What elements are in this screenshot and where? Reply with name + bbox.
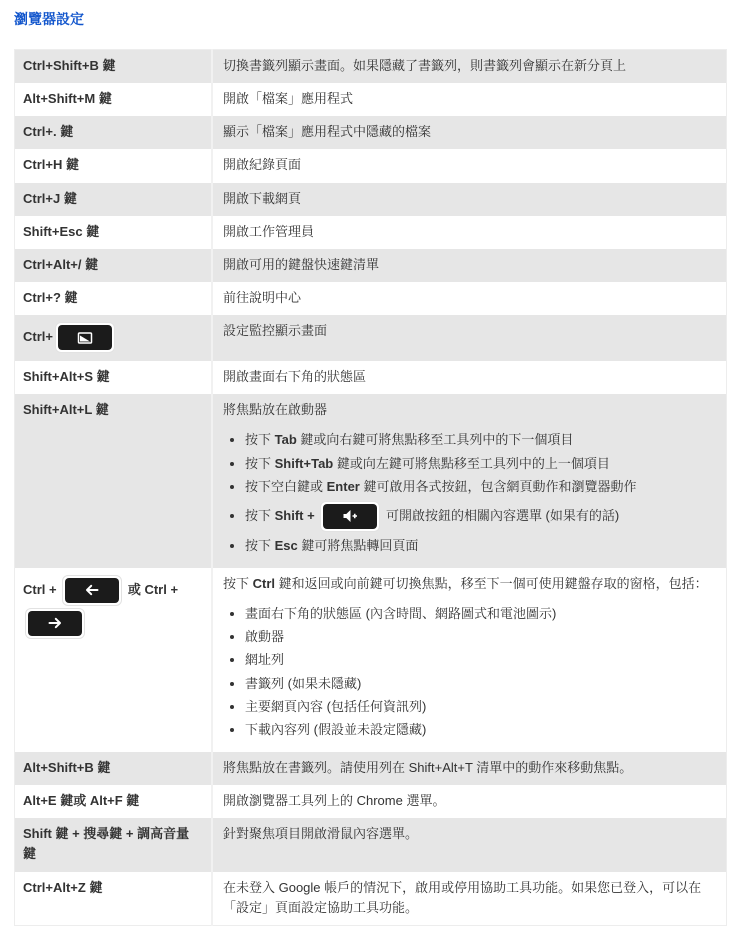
text-segment: 按下 bbox=[245, 538, 275, 553]
volume-up-icon bbox=[342, 509, 358, 523]
description-cell: 將焦點放在啟動器按下 Tab 鍵或向右鍵可將焦點移至工具列中的下一個項目按下 S… bbox=[212, 394, 727, 568]
table-row: Alt+E 鍵或 Alt+F 鍵開啟瀏覽器工具列上的 Chrome 選單。 bbox=[15, 785, 727, 818]
text-segment: 下載內容列 (假設並未設定隱藏) bbox=[245, 722, 426, 737]
table-row: Ctrl+設定監控顯示畫面 bbox=[15, 315, 727, 361]
key-button bbox=[25, 608, 85, 639]
forward-arrow-keycap bbox=[28, 611, 82, 636]
text-segment: 開啟下載網頁 bbox=[223, 191, 301, 206]
description-cell: 顯示「檔案」應用程式中隱藏的檔案 bbox=[212, 116, 727, 149]
description-cell: 開啟下載網頁 bbox=[212, 183, 727, 216]
text-segment: Enter bbox=[327, 479, 360, 494]
text-segment: Ctrl+? 鍵 bbox=[23, 290, 78, 305]
table-row: Ctrl+? 鍵前往說明中心 bbox=[15, 282, 727, 315]
bullet-item: 按下 Tab 鍵或向右鍵可將焦點移至工具列中的下一個項目 bbox=[245, 430, 716, 450]
bullet-item: 按下空白鍵或 Enter 鍵可啟用各式按鈕，包含網頁動作和瀏覽器動作 bbox=[245, 477, 716, 497]
display-toggle-keycap bbox=[58, 325, 112, 350]
shortcut-cell: Ctrl+. 鍵 bbox=[15, 116, 213, 149]
shortcut-cell: Alt+E 鍵或 Alt+F 鍵 bbox=[15, 785, 213, 818]
text-segment: 將焦點放在書籤列。請使用列在 Shift+Alt+T 清單中的動作來移動焦點。 bbox=[223, 760, 632, 775]
table-row: Ctrl+Shift+B 鍵切換書籤列顯示畫面。如果隱藏了書籤列，則書籤列會顯示… bbox=[15, 50, 727, 84]
text-segment: 前往說明中心 bbox=[223, 290, 301, 305]
description-cell: 在未登入 Google 帳戶的情況下，啟用或停用協助工具功能。如果您已登入，可以… bbox=[212, 872, 727, 926]
description-text: 開啟下載網頁 bbox=[223, 189, 716, 209]
page-title: 瀏覽器設定 bbox=[14, 9, 727, 29]
table-row: Ctrl + 或 Ctrl + 按下 Ctrl 鍵和返回或向前鍵可切換焦點，移至… bbox=[15, 568, 727, 752]
text-segment: 按下 bbox=[223, 576, 253, 591]
description-text: 按下 Ctrl 鍵和返回或向前鍵可切換焦點，移至下一個可使用鍵盤存取的窗格，包括… bbox=[223, 574, 716, 594]
text-segment: Ctrl+H 鍵 bbox=[23, 157, 79, 172]
shortcut-cell: Shift+Esc 鍵 bbox=[15, 216, 213, 249]
text-segment: 畫面右下角的狀態區 (內含時間、網路圖式和電池圖示) bbox=[245, 606, 556, 621]
description-text: 切換書籤列顯示畫面。如果隱藏了書籤列，則書籤列會顯示在新分頁上 bbox=[223, 56, 716, 76]
text-segment: 按下空白鍵或 bbox=[245, 479, 327, 494]
table-row: Ctrl+J 鍵開啟下載網頁 bbox=[15, 183, 727, 216]
description-text: 設定監控顯示畫面 bbox=[223, 321, 716, 341]
text-segment: Alt+Shift+M 鍵 bbox=[23, 91, 112, 106]
description-text: 開啟畫面右下角的狀態區 bbox=[223, 367, 716, 387]
description-text: 開啟「檔案」應用程式 bbox=[223, 89, 716, 109]
text-segment: Alt+Shift+B 鍵 bbox=[23, 760, 110, 775]
text-segment: 網址列 bbox=[245, 652, 284, 667]
text-segment: Esc bbox=[275, 538, 298, 553]
bullet-item: 按下 Shift + 可開啟按鈕的相關內容選單 (如果有的話) bbox=[245, 500, 716, 533]
description-text: 開啟工作管理員 bbox=[223, 222, 716, 242]
text-segment: 鍵和返回或向前鍵可切換焦點，移至下一個可使用鍵盤存取的窗格，包括： bbox=[275, 576, 708, 591]
description-cell: 開啟紀錄頁面 bbox=[212, 149, 727, 182]
bullet-item: 按下 Esc 鍵可將焦點轉回頁面 bbox=[245, 536, 716, 556]
bullet-item: 下載內容列 (假設並未設定隱藏) bbox=[245, 720, 716, 740]
text-segment: 或 Ctrl + bbox=[124, 582, 178, 597]
text-segment: Ctrl + bbox=[23, 582, 60, 597]
text-segment: 在未登入 Google 帳戶的情況下，啟用或停用協助工具功能。如果您已登入，可以… bbox=[223, 880, 701, 915]
table-row: Ctrl+H 鍵開啟紀錄頁面 bbox=[15, 149, 727, 182]
description-cell: 按下 Ctrl 鍵和返回或向前鍵可切換焦點，移至下一個可使用鍵盤存取的窗格，包括… bbox=[212, 568, 727, 752]
shortcut-cell: Ctrl+J 鍵 bbox=[15, 183, 213, 216]
text-segment: 鍵或向右鍵可將焦點移至工具列中的下一個項目 bbox=[297, 432, 574, 447]
bullet-item: 網址列 bbox=[245, 650, 716, 670]
table-row: Ctrl+Alt+/ 鍵開啟可用的鍵盤快速鍵清單 bbox=[15, 249, 727, 282]
text-segment: 開啟畫面右下角的狀態區 bbox=[223, 369, 366, 384]
shortcut-cell: Ctrl+Alt+/ 鍵 bbox=[15, 249, 213, 282]
description-cell: 設定監控顯示畫面 bbox=[212, 315, 727, 361]
text-segment: 鍵可將焦點轉回頁面 bbox=[298, 538, 419, 553]
table-row: Alt+Shift+M 鍵開啟「檔案」應用程式 bbox=[15, 83, 727, 116]
text-segment: Ctrl+. 鍵 bbox=[23, 124, 73, 139]
shortcut-cell: Shift 鍵 + 搜尋鍵 + 調高音量鍵 bbox=[15, 818, 213, 871]
shortcut-cell: Ctrl+Shift+B 鍵 bbox=[15, 50, 213, 84]
text-segment: Ctrl+Alt+/ 鍵 bbox=[23, 257, 98, 272]
text-segment: Shift+Esc 鍵 bbox=[23, 224, 99, 239]
table-row: Ctrl+. 鍵顯示「檔案」應用程式中隱藏的檔案 bbox=[15, 116, 727, 149]
description-text: 開啟紀錄頁面 bbox=[223, 155, 716, 175]
shortcut-cell: Ctrl+ bbox=[15, 315, 213, 361]
bullet-item: 書籤列 (如果未隱藏) bbox=[245, 674, 716, 694]
description-cell: 開啟「檔案」應用程式 bbox=[212, 83, 727, 116]
shortcut-cell: Shift+Alt+S 鍵 bbox=[15, 361, 213, 394]
text-segment: 設定監控顯示畫面 bbox=[223, 323, 327, 338]
text-segment: 主要網頁內容 (包括任何資訊列) bbox=[245, 699, 426, 714]
key-button bbox=[55, 322, 115, 353]
bullet-item: 啟動器 bbox=[245, 627, 716, 647]
description-text: 針對聚焦項目開啟滑鼠內容選單。 bbox=[223, 824, 716, 844]
text-segment: 鍵可啟用各式按鈕，包含網頁動作和瀏覽器動作 bbox=[360, 479, 637, 494]
text-segment: 按下 bbox=[245, 508, 275, 523]
bullet-list: 按下 Tab 鍵或向右鍵可將焦點移至工具列中的下一個項目按下 Shift+Tab… bbox=[223, 430, 716, 556]
text-segment: 開啟紀錄頁面 bbox=[223, 157, 301, 172]
shortcuts-table: Ctrl+Shift+B 鍵切換書籤列顯示畫面。如果隱藏了書籤列，則書籤列會顯示… bbox=[14, 49, 727, 926]
description-cell: 開啟瀏覽器工具列上的 Chrome 選單。 bbox=[212, 785, 727, 818]
volume-up-keycap bbox=[323, 504, 377, 529]
shortcuts-table-body: Ctrl+Shift+B 鍵切換書籤列顯示畫面。如果隱藏了書籤列，則書籤列會顯示… bbox=[15, 50, 727, 926]
shortcut-cell: Ctrl + 或 Ctrl + bbox=[15, 568, 213, 752]
text-segment: 鍵或向左鍵可將焦點移至工具列中的上一個項目 bbox=[333, 456, 610, 471]
text-segment: 開啟「檔案」應用程式 bbox=[223, 91, 353, 106]
table-row: Shift+Esc 鍵開啟工作管理員 bbox=[15, 216, 727, 249]
back-arrow-keycap bbox=[65, 578, 119, 603]
text-segment: 按下 bbox=[245, 432, 275, 447]
bullet-item: 按下 Shift+Tab 鍵或向左鍵可將焦點移至工具列中的上一個項目 bbox=[245, 454, 716, 474]
table-row: Shift+Alt+S 鍵開啟畫面右下角的狀態區 bbox=[15, 361, 727, 394]
text-segment: 開啟瀏覽器工具列上的 Chrome 選單。 bbox=[223, 793, 445, 808]
shortcut-cell: Shift+Alt+L 鍵 bbox=[15, 394, 213, 568]
key-button bbox=[320, 501, 380, 532]
display-toggle-icon bbox=[77, 331, 93, 345]
table-row: Shift 鍵 + 搜尋鍵 + 調高音量鍵針對聚焦項目開啟滑鼠內容選單。 bbox=[15, 818, 727, 871]
help-article: 瀏覽器設定 Ctrl+Shift+B 鍵切換書籤列顯示畫面。如果隱藏了書籤列，則… bbox=[0, 0, 739, 938]
bullet-item: 主要網頁內容 (包括任何資訊列) bbox=[245, 697, 716, 717]
description-text: 前往說明中心 bbox=[223, 288, 716, 308]
description-cell: 開啟畫面右下角的狀態區 bbox=[212, 361, 727, 394]
description-text: 將焦點放在書籤列。請使用列在 Shift+Alt+T 清單中的動作來移動焦點。 bbox=[223, 758, 716, 778]
shortcut-cell: Ctrl+Alt+Z 鍵 bbox=[15, 872, 213, 926]
shortcut-cell: Ctrl+? 鍵 bbox=[15, 282, 213, 315]
description-text: 開啟瀏覽器工具列上的 Chrome 選單。 bbox=[223, 791, 716, 811]
text-segment: Tab bbox=[275, 432, 297, 447]
table-row: Ctrl+Alt+Z 鍵在未登入 Google 帳戶的情況下，啟用或停用協助工具… bbox=[15, 872, 727, 926]
text-segment: 啟動器 bbox=[245, 629, 284, 644]
text-segment: 切換書籤列顯示畫面。如果隱藏了書籤列，則書籤列會顯示在新分頁上 bbox=[223, 58, 626, 73]
text-segment: Ctrl+Shift+B 鍵 bbox=[23, 58, 115, 73]
back-arrow-icon bbox=[84, 583, 100, 597]
text-segment: 開啟可用的鍵盤快速鍵清單 bbox=[223, 257, 379, 272]
description-cell: 針對聚焦項目開啟滑鼠內容選單。 bbox=[212, 818, 727, 871]
description-cell: 前往說明中心 bbox=[212, 282, 727, 315]
text-segment: Shift 鍵 + 搜尋鍵 + 調高音量鍵 bbox=[23, 826, 189, 861]
description-cell: 切換書籤列顯示畫面。如果隱藏了書籤列，則書籤列會顯示在新分頁上 bbox=[212, 50, 727, 84]
text-segment: 顯示「檔案」應用程式中隱藏的檔案 bbox=[223, 124, 431, 139]
bullet-list: 畫面右下角的狀態區 (內含時間、網路圖式和電池圖示)啟動器網址列書籤列 (如果未… bbox=[223, 604, 716, 740]
text-segment: Shift+Tab bbox=[275, 456, 334, 471]
forward-arrow-icon bbox=[47, 616, 63, 630]
description-cell: 將焦點放在書籤列。請使用列在 Shift+Alt+T 清單中的動作來移動焦點。 bbox=[212, 752, 727, 785]
text-segment: Shift+Alt+L 鍵 bbox=[23, 402, 109, 417]
description-text: 開啟可用的鍵盤快速鍵清單 bbox=[223, 255, 716, 275]
bullet-item: 畫面右下角的狀態區 (內含時間、網路圖式和電池圖示) bbox=[245, 604, 716, 624]
shortcut-cell: Alt+Shift+M 鍵 bbox=[15, 83, 213, 116]
text-segment: Ctrl+J 鍵 bbox=[23, 191, 77, 206]
shortcut-cell: Alt+Shift+B 鍵 bbox=[15, 752, 213, 785]
description-text: 顯示「檔案」應用程式中隱藏的檔案 bbox=[223, 122, 716, 142]
text-segment: 按下 bbox=[245, 456, 275, 471]
description-text: 在未登入 Google 帳戶的情況下，啟用或停用協助工具功能。如果您已登入，可以… bbox=[223, 878, 716, 918]
text-segment: 將焦點放在啟動器 bbox=[223, 402, 327, 417]
shortcut-cell: Ctrl+H 鍵 bbox=[15, 149, 213, 182]
text-segment: Ctrl+Alt+Z 鍵 bbox=[23, 880, 102, 895]
text-segment: 開啟工作管理員 bbox=[223, 224, 314, 239]
table-row: Alt+Shift+B 鍵將焦點放在書籤列。請使用列在 Shift+Alt+T … bbox=[15, 752, 727, 785]
text-segment: Shift+Alt+S 鍵 bbox=[23, 369, 110, 384]
description-cell: 開啟可用的鍵盤快速鍵清單 bbox=[212, 249, 727, 282]
text-segment: Ctrl bbox=[253, 576, 275, 591]
text-segment: 可開啟按鈕的相關內容選單 (如果有的話) bbox=[382, 508, 619, 523]
text-segment: Alt+E 鍵或 Alt+F 鍵 bbox=[23, 793, 139, 808]
text-segment: 針對聚焦項目開啟滑鼠內容選單。 bbox=[223, 826, 418, 841]
description-text: 將焦點放在啟動器 bbox=[223, 400, 716, 420]
key-button bbox=[62, 575, 122, 606]
text-segment: Shift + bbox=[275, 508, 319, 523]
text-segment: Ctrl+ bbox=[23, 329, 53, 344]
text-segment: 書籤列 (如果未隱藏) bbox=[245, 676, 361, 691]
description-cell: 開啟工作管理員 bbox=[212, 216, 727, 249]
table-row: Shift+Alt+L 鍵將焦點放在啟動器按下 Tab 鍵或向右鍵可將焦點移至工… bbox=[15, 394, 727, 568]
